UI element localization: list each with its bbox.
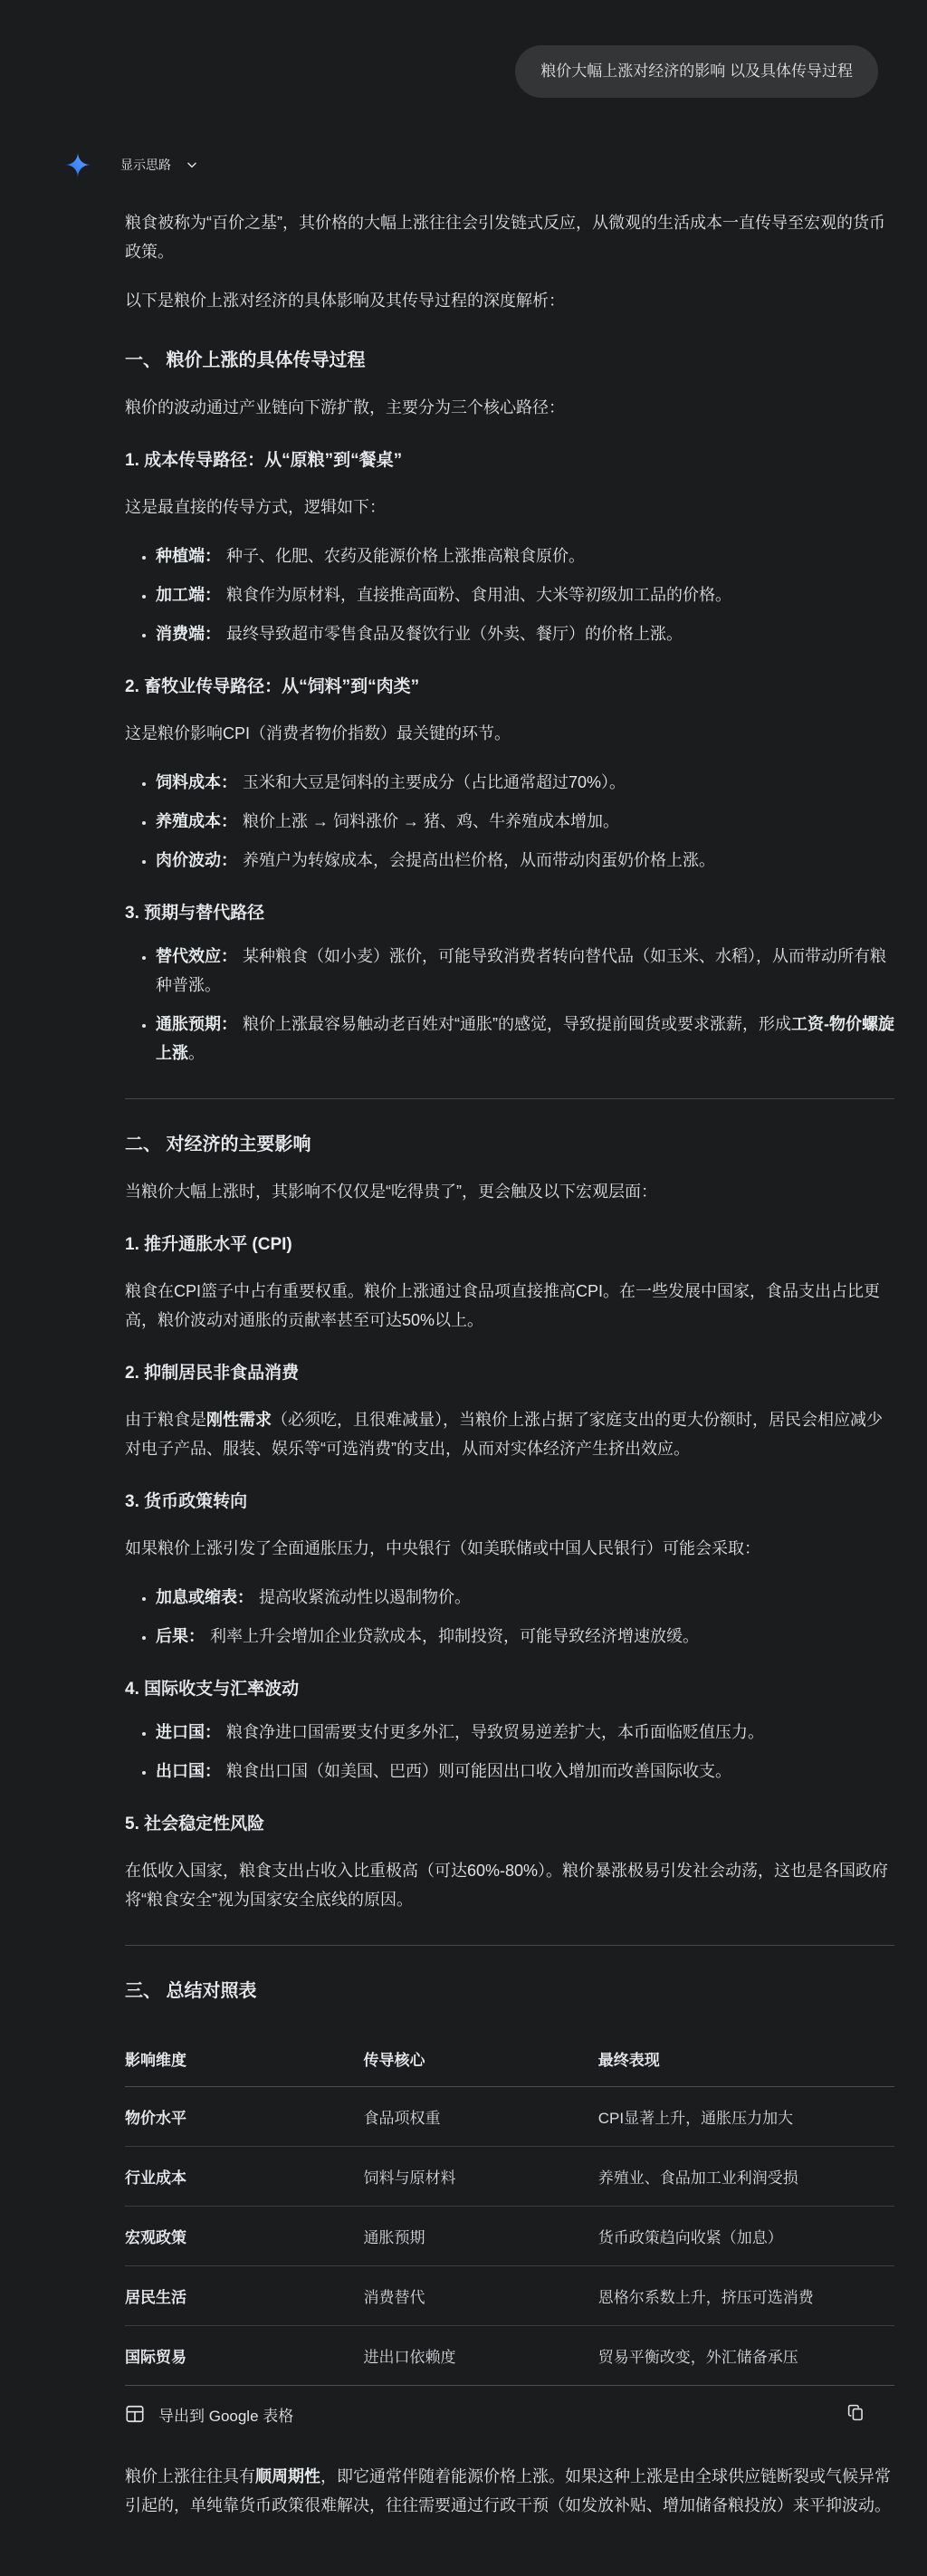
copy-icon	[846, 2403, 865, 2422]
table-row: 宏观政策 通胀预期 货币政策趋向收紧（加息）	[125, 2207, 894, 2266]
table-row: 国际贸易 进出口依赖度 贸易平衡改变，外汇储备承压	[125, 2326, 894, 2386]
subsection-text: 在低收入国家，粮食支出占收入比重极高（可达60%-80%）。粮价暴涨极易引发社会…	[125, 1856, 894, 1914]
table-row: 行业成本 饲料与原材料 养殖业、食品加工业利润受损	[125, 2147, 894, 2207]
bullet-term: 出口国：	[156, 1762, 221, 1780]
list-item: 出口国：粮食出口国（如美国、巴西）则可能因出口收入增加而改善国际收支。	[156, 1757, 894, 1786]
table-icon	[125, 2404, 145, 2424]
show-thoughts-toggle[interactable]: 显示思路	[65, 152, 198, 177]
bullet-term: 替代效应：	[156, 947, 237, 965]
section-divider	[125, 1098, 894, 1099]
bullet-list: 加息或缩表：提高收紧流动性以遏制物价。 后果：利率上升会增加企业贷款成本，抑制投…	[125, 1583, 894, 1651]
subsection-title: 1. 成本传导路径：从“原粮”到“餐桌”	[125, 449, 894, 473]
section-1-lead: 粮价的波动通过产业链向下游扩散，主要分为三个核心路径：	[125, 393, 894, 422]
section-divider	[125, 1945, 894, 1946]
bullet-list: 饲料成本：玉米和大豆是饲料的主要成分（占比通常超过70%）。 养殖成本：粮价上涨…	[125, 768, 894, 875]
list-item: 进口国：粮食净进口国需要支付更多外汇，导致贸易逆差扩大，本币面临贬值压力。	[156, 1718, 894, 1747]
inline-bold: 顺周期性	[255, 2467, 320, 2485]
subsection-title: 5. 社会稳定性风险	[125, 1813, 894, 1836]
subsection-title: 3. 预期与替代路径	[125, 902, 894, 925]
list-item: 种植端：种子、化肥、农药及能源价格上涨推高粮食原价。	[156, 541, 894, 570]
subsection-title: 2. 抑制居民非食品消费	[125, 1362, 894, 1385]
chevron-down-icon	[186, 158, 198, 171]
section-1-title: 一、 粮价上涨的具体传导过程	[125, 348, 894, 373]
list-item: 加息或缩表：提高收紧流动性以遏制物价。	[156, 1583, 894, 1612]
copy-button[interactable]	[843, 2399, 869, 2428]
subsection-lead: 这是最直接的传导方式，逻辑如下：	[125, 493, 894, 522]
gemini-sparkle-icon	[65, 152, 91, 177]
bullet-list: 进口国：粮食净进口国需要支付更多外汇，导致贸易逆差扩大，本币面临贬值压力。 出口…	[125, 1718, 894, 1786]
subsection-title: 2. 畜牧业传导路径：从“饲料”到“肉类”	[125, 675, 894, 699]
list-item: 养殖成本：粮价上涨 → 饲料涨价 → 猪、鸡、牛养殖成本增加。	[156, 807, 894, 836]
section-2-title: 二、 对经济的主要影响	[125, 1132, 894, 1157]
summary-table: 影响维度 传导核心 最终表现 物价水平 食品项权重 CPI显著上升，通胀压力加大…	[125, 2029, 894, 2386]
export-to-sheets-button[interactable]: 导出到 Google 表格	[125, 2403, 293, 2426]
table-header-cell: 影响维度	[125, 2029, 364, 2087]
intro-paragraph-2: 以下是粮价上涨对经济的具体影响及其传导过程的深度解析：	[125, 286, 894, 315]
bullet-list: 种植端：种子、化肥、农药及能源价格上涨推高粮食原价。 加工端：粮食作为原材料，直…	[125, 541, 894, 648]
bullet-term: 消费端：	[156, 625, 221, 643]
table-row: 居民生活 消费替代 恩格尔系数上升，挤压可选消费	[125, 2266, 894, 2326]
bullet-term: 养殖成本：	[156, 812, 237, 830]
table-row: 物价水平 食品项权重 CPI显著上升，通胀压力加大	[125, 2087, 894, 2147]
bullet-term: 加息或缩表：	[156, 1588, 253, 1606]
export-to-sheets-label: 导出到 Google 表格	[158, 2403, 293, 2426]
model-response: 粮食被称为“百价之基”，其价格的大幅上涨往往会引发链式反应，从微观的生活成本一直…	[125, 208, 894, 2556]
table-actions-row: 导出到 Google 表格	[125, 2386, 894, 2442]
table-header-cell: 最终表现	[598, 2029, 894, 2087]
bullet-term: 进口国：	[156, 1723, 221, 1741]
list-item: 替代效应：某种粮食（如小麦）涨价，可能导致消费者转向替代品（如玉米、水稻），从而…	[156, 942, 894, 1000]
bullet-term: 加工端：	[156, 586, 221, 604]
list-item: 饲料成本：玉米和大豆是饲料的主要成分（占比通常超过70%）。	[156, 768, 894, 797]
bullet-term: 肉价波动：	[156, 851, 237, 869]
bullet-list: 替代效应：某种粮食（如小麦）涨价，可能导致消费者转向替代品（如玉米、水稻），从而…	[125, 942, 894, 1068]
subsection-title: 1. 推升通胀水平 (CPI)	[125, 1233, 894, 1257]
user-message-bubble: 粮价大幅上涨对经济的影响 以及具体传导过程	[515, 45, 878, 98]
list-item: 通胀预期：粮价上涨最容易触动老百姓对“通胀”的感觉，导致提前囤货或要求涨薪，形成…	[156, 1010, 894, 1068]
bullet-term: 通胀预期：	[156, 1015, 237, 1033]
table-header-cell: 传导核心	[364, 2029, 598, 2087]
list-item: 消费端：最终导致超市零售食品及餐饮行业（外卖、餐厅）的价格上涨。	[156, 619, 894, 648]
list-item: 加工端：粮食作为原材料，直接推高面粉、食用油、大米等初级加工品的价格。	[156, 580, 894, 609]
bullet-term: 种植端：	[156, 547, 221, 565]
closing-paragraph: 粮价上涨往往具有顺周期性，即它通常伴随着能源价格上涨。如果这种上涨是由全球供应链…	[125, 2462, 894, 2556]
subsection-text: 粮食在CPI篮子中占有重要权重。粮价上涨通过食品项直接推高CPI。在一些发展中国…	[125, 1277, 894, 1335]
subsection-title: 4. 国际收支与汇率波动	[125, 1678, 894, 1701]
subsection-title: 3. 货币政策转向	[125, 1490, 894, 1514]
chat-page: 粮价大幅上涨对经济的影响 以及具体传导过程 显示思路 粮食被称为“百价之基”，其…	[0, 0, 927, 2556]
section-2-lead: 当粮价大幅上涨时，其影响不仅仅是“吃得贵了”，更会触及以下宏观层面：	[125, 1177, 894, 1206]
user-message-row: 粮价大幅上涨对经济的影响 以及具体传导过程	[0, 45, 927, 98]
list-item: 肉价波动：养殖户为转嫁成本，会提高出栏价格，从而带动肉蛋奶价格上涨。	[156, 846, 894, 875]
bullet-term: 后果：	[156, 1627, 205, 1645]
show-thoughts-label: 显示思路	[120, 156, 171, 174]
subsection-lead: 如果粮价上涨引发了全面通胀压力，中央银行（如美联储或中国人民银行）可能会采取：	[125, 1534, 894, 1563]
section-3-title: 三、 总结对照表	[125, 1978, 894, 2004]
table-header-row: 影响维度 传导核心 最终表现	[125, 2029, 894, 2087]
bullet-term: 饲料成本：	[156, 773, 237, 791]
subsection-text: 由于粮食是刚性需求（必须吃，且很难减量），当粮价上涨占据了家庭支出的更大份额时，…	[125, 1405, 894, 1463]
inline-bold: 刚性需求	[206, 1411, 272, 1429]
subsection-lead: 这是粮价影响CPI（消费者物价指数）最关键的环节。	[125, 719, 894, 748]
intro-paragraph-1: 粮食被称为“百价之基”，其价格的大幅上涨往往会引发链式反应，从微观的生活成本一直…	[125, 208, 894, 266]
list-item: 后果：利率上升会增加企业贷款成本，抑制投资，可能导致经济增速放缓。	[156, 1622, 894, 1651]
